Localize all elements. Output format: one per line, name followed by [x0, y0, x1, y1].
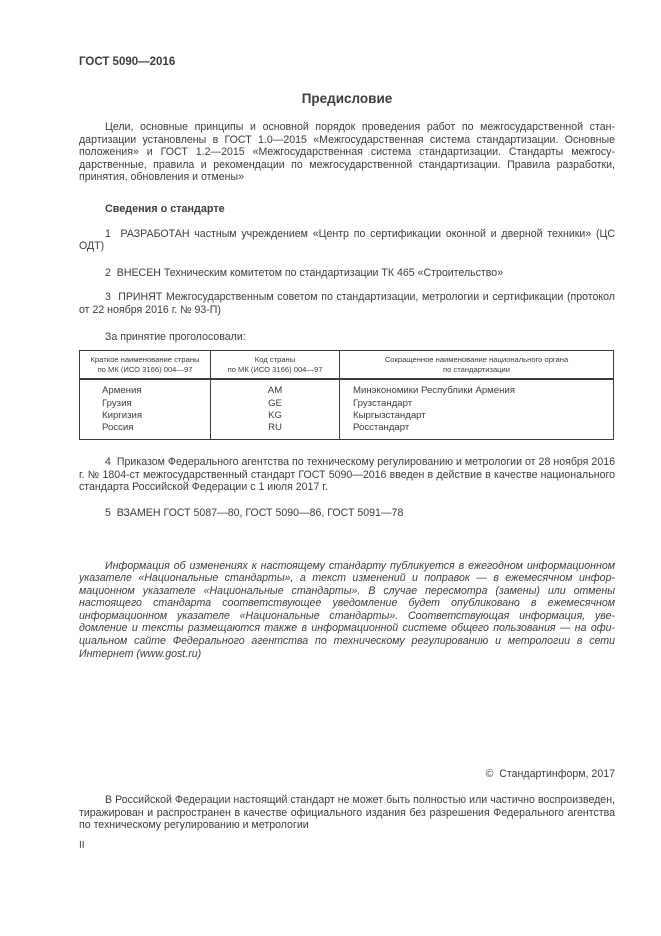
intro-paragraph: Цели, основные принципы и основной поряд…: [79, 121, 615, 184]
cell-code: GE: [211, 398, 340, 410]
vote-intro-line: За принятие проголосовали:: [79, 331, 615, 344]
doc-code: ГОСТ 5090—2016: [79, 56, 615, 69]
cell-code: AM: [211, 379, 340, 397]
header-national-body: Сокращенное наименование национального о…: [340, 351, 614, 380]
reproduction-restriction: В Российской Федерации настоящий стандар…: [79, 794, 615, 832]
cell-code: KG: [211, 410, 340, 422]
header-country-code: Код страны по МК (ИСО 3166) 004—97: [211, 351, 340, 380]
table-row: Грузия GE Грузстандарт: [80, 398, 614, 410]
vote-table-header: Краткое наименование страны по МК (ИСО 3…: [80, 351, 614, 380]
cell-body: Грузстандарт: [340, 398, 614, 410]
cell-country: Киргизия: [80, 410, 211, 422]
page-number: II: [79, 840, 615, 852]
foreword-item-1: 1 РАЗРАБОТАН частным учреждением «Центр …: [79, 228, 615, 253]
cell-country: Армения: [80, 379, 211, 397]
foreword-item-3: 3 ПРИНЯТ Межгосударственным советом по с…: [79, 291, 615, 316]
cell-body: Росстандарт: [340, 422, 614, 440]
table-row: Киргизия KG Кыргызстандарт: [80, 410, 614, 422]
table-row: Армения AM Минэкономики Республики Армен…: [80, 379, 614, 397]
table-row: Россия RU Росстандарт: [80, 422, 614, 440]
foreword-item-2: 2 ВНЕСЕН Техническим комитетом по станда…: [79, 267, 615, 280]
cell-body: Кыргызстандарт: [340, 410, 614, 422]
page-title: Предисловие: [79, 91, 615, 107]
cell-country: Россия: [80, 422, 211, 440]
header-country-name: Краткое наименование страны по МК (ИСО 3…: [80, 351, 211, 380]
standard-info-heading: Сведения о стандарте: [79, 203, 615, 216]
publication-note: Информация об изменениях к настоящему ст…: [79, 560, 615, 661]
document-page: ГОСТ 5090—2016 Предисловие Цели, основны…: [0, 0, 661, 936]
foreword-item-5: 5 ВЗАМЕН ГОСТ 5087—80, ГОСТ 5090—86, ГОС…: [79, 507, 615, 520]
copyright-line: © Стандартинформ, 2017: [79, 768, 615, 781]
cell-country: Грузия: [80, 398, 211, 410]
cell-body: Минэкономики Республики Армения: [340, 379, 614, 397]
foreword-item-4: 4 Приказом Федерального агентства по тех…: [79, 456, 615, 494]
cell-code: RU: [211, 422, 340, 440]
vote-table: Краткое наименование страны по МК (ИСО 3…: [79, 350, 614, 440]
